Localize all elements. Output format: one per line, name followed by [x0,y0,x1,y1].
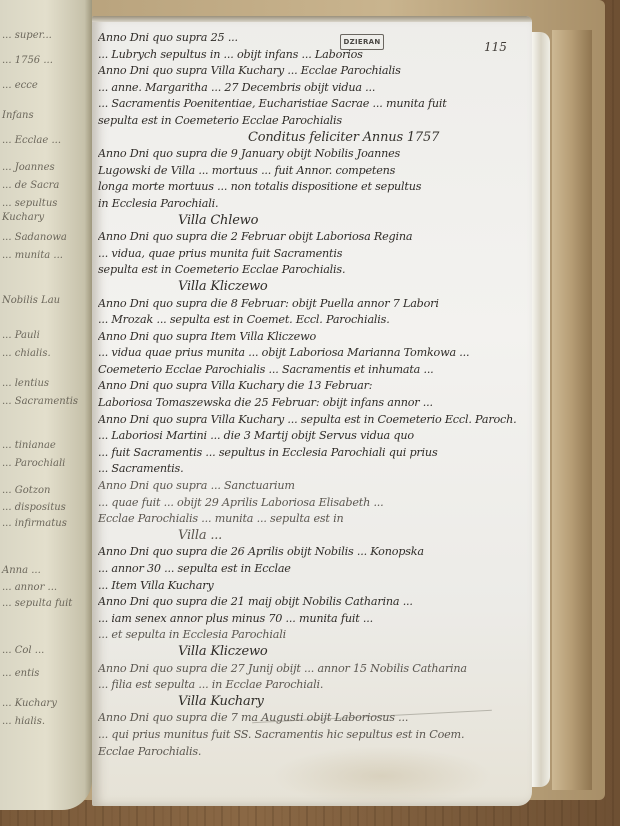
entry-line: Anno Dni quo supra 25 ... [98,30,518,47]
entry-line: Anno Dni quo supra Villa Kuchary ... Ecc… [98,63,518,80]
left-page: ... super... ... 1756 ... ... ecce Infan… [0,0,92,810]
left-page-fragment: ... Sacramentis [2,396,78,407]
entry-line: Ecclae Parochialis ... munita ... sepult… [98,511,518,528]
entry-line: Anno Dni quo supra die 8 Februar: obijt … [98,296,518,313]
entry-line: ... qui prius munitus fuit SS. Sacrament… [98,727,518,744]
entry-line: ... anne. Margaritha ... 27 Decembris ob… [98,80,518,97]
left-page-fragment: ... Sadanowa [2,232,67,243]
village-heading: Villa Kuchary [98,694,518,711]
left-page-fragment: ... Parochiali [2,458,65,469]
left-page-fragment: ... chialis. [2,348,51,359]
village-heading: Villa ... [98,528,518,545]
village-heading: Villa Kliczewo [98,644,518,661]
entry-line: Anno Dni quo supra die 9 January obijt N… [98,146,518,163]
left-page-fragment: Nobilis Lau [2,295,60,306]
register-page: DZIERAN 115 Anno Dni quo supra 25 ... ..… [92,16,532,806]
entry-line: sepulta est in Coemeterio Ecclae Parochi… [98,262,518,279]
entry-line: Lugowski de Villa ... mortuus ... fuit A… [98,163,518,180]
left-page-fragment: ... super... [2,30,52,41]
entry-line: ... annor 30 ... sepulta est in Ecclae [98,561,518,578]
entry-line: ... Lubrych sepultus in ... obijt infans… [98,47,518,64]
entry-line: ... Laboriosi Martini ... die 3 Martij o… [98,428,518,445]
left-page-fragment: ... 1756 ... [2,55,53,66]
entry-line: Anno Dni quo supra Villa Kuchary die 13 … [98,378,518,395]
left-page-fragment: ... Kuchary [2,698,57,709]
entry-line: in Ecclesia Parochiali. [98,196,518,213]
entry-line: Anno Dni quo supra die 2 Februar obijt L… [98,229,518,246]
left-page-fragment: Anna ... [2,565,41,576]
entry-line: ... et sepulta in Ecclesia Parochiali [98,627,518,644]
register-entries: Anno Dni quo supra 25 ... ... Lubrych se… [98,30,518,760]
village-heading: Villa Chlewo [98,213,518,230]
left-page-fragment: ... Col ... [2,645,44,656]
page-top-edge [92,16,532,22]
entry-line: ... fuit Sacramentis ... sepultus in Ecc… [98,445,518,462]
left-page-fragment: ... lentius [2,378,49,389]
left-page-fragment: ... dispositus [2,502,66,513]
left-page-fragment: ... hialis. [2,716,45,727]
left-page-fragment: ... sepultus [2,198,57,209]
entry-line: Anno Dni quo supra die 21 maij obijt Nob… [98,594,518,611]
left-page-fragment: ... de Sacra [2,180,59,191]
entry-line: ... Mrozak ... sepulta est in Coemet. Ec… [98,312,518,329]
entry-line: ... filia est sepulta ... in Ecclae Paro… [98,677,518,694]
left-page-fragment: ... infirmatus [2,518,67,529]
paper-stain [272,746,492,806]
left-page-fragment: ... munita ... [2,250,63,261]
left-page-fragment: ... Gotzon [2,485,50,496]
left-page-fragment: ... Ecclae ... [2,135,61,146]
year-heading: Conditus feliciter Annus 1757 [98,130,518,147]
entry-line: Anno Dni quo supra Villa Kuchary ... sep… [98,412,518,429]
entry-line: Anno Dni quo supra die 27 Junij obijt ..… [98,661,518,678]
entry-line: ... Sacramentis. [98,461,518,478]
left-page-fragment: ... ecce [2,80,38,91]
left-page-fragment: ... sepulta fuit [2,598,72,609]
entry-line: Laboriosa Tomaszewska die 25 Februar: ob… [98,395,518,412]
entry-line: ... iam senex annor plus minus 70 ... mu… [98,611,518,628]
entry-line: Coemeterio Ecclae Parochialis ... Sacram… [98,362,518,379]
left-page-fragment: Infans [2,110,34,121]
entry-line: longa morte mortuus ... non totalis disp… [98,179,518,196]
left-page-fragment: ... entis [2,668,39,679]
entry-line: Anno Dni quo supra Item Villa Kliczewo [98,329,518,346]
entry-line: ... quae fuit ... obijt 29 Aprilis Labor… [98,495,518,512]
left-page-fragment: Kuchary [2,212,44,223]
entry-line: ... Item Villa Kuchary [98,578,518,595]
entry-line: sepulta est in Coemeterio Ecclae Parochi… [98,113,518,130]
left-page-fragment: ... Joannes [2,162,55,173]
entry-line: Anno Dni quo supra die 26 Aprilis obijt … [98,544,518,561]
entry-line: ... vidua quae prius munita ... obijt La… [98,345,518,362]
entry-line: ... vidua, quae prius munita fuit Sacram… [98,246,518,263]
village-heading: Villa Kliczewo [98,279,518,296]
book-cover-edge [552,30,592,790]
left-page-fragment: ... Pauli [2,330,40,341]
left-page-fragment: ... tinianae [2,440,56,451]
entry-line: ... Sacramentis Poenitentiae, Eucharisti… [98,96,518,113]
left-page-fragment: ... annor ... [2,582,57,593]
entry-line: Anno Dni quo supra ... Sanctuarium [98,478,518,495]
